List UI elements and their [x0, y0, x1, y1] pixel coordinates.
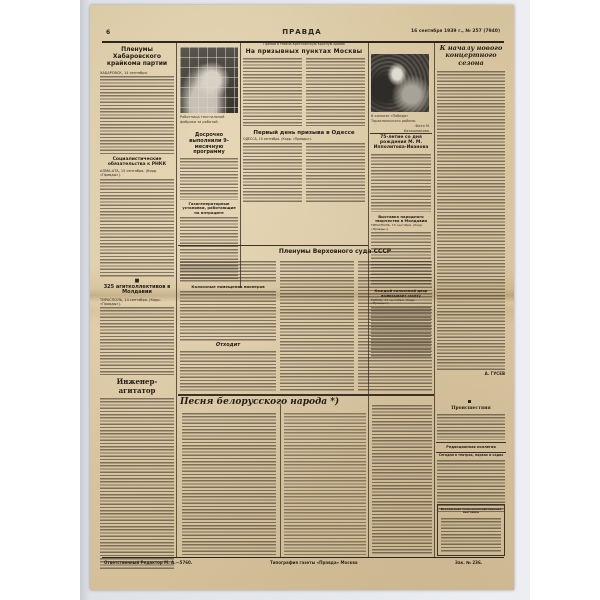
section-rule — [178, 245, 368, 246]
article-body — [437, 71, 505, 371]
article-body — [180, 158, 238, 200]
section-rule — [436, 442, 506, 443]
photo-caption: Работница текстильной фабрики за работой… — [180, 115, 238, 124]
article-body — [100, 76, 174, 154]
article-headline: Выставка народного творчества в Молдавии — [371, 215, 431, 224]
article-dateline: МИНСК, 14 сентября. (Корр. «Правды»). — [371, 299, 431, 306]
article-dateline: ТИРАСПОЛЬ, 15 сентября. (Корр. «Правды»)… — [371, 224, 431, 231]
article-body — [180, 261, 276, 283]
column-2: Досрочно выполнили 9-месячную программу … — [180, 133, 238, 279]
article-dateline: ТИРАСПОЛЬ, 14 сентября. (Корр. «Правды»)… — [100, 298, 174, 306]
photo-credit: Фото М. Калашникова. — [390, 124, 430, 133]
column-2-lower: Колхозные помещения пионеров Отходит — [180, 261, 276, 391]
article-body — [180, 351, 276, 391]
article-headline: Инженер-агитатор — [100, 378, 174, 394]
footer-rule — [102, 557, 504, 558]
advert-body — [441, 518, 501, 552]
poem-body — [182, 413, 276, 555]
article-dateline: ХАБАРОВСК, 14 сентября. — [100, 71, 174, 75]
article-headline: Газогенераторные установки, работающие н… — [180, 202, 238, 215]
exhibition-advert: Всесоюзная сельскохозяйственная выставка — [437, 504, 505, 556]
poem-body — [372, 405, 432, 555]
article-moscow: Призыв в Рабоче-Крестьянскую Красную Арм… — [243, 43, 365, 203]
masthead: 6 ПРАВДА 16 сентября 1939 г., № 257 (794… — [90, 27, 514, 39]
listings-heading: Сегодня в театрах, парках и садах — [437, 454, 505, 458]
column-divider — [434, 43, 435, 557]
article-body — [371, 307, 431, 357]
column-1: Пленумы Хабаровского крайкома партии ХАБ… — [100, 43, 174, 570]
article-headline: 325 агитколлективов в Молдавии — [100, 285, 174, 297]
article-dateline: ОДЕССА, 15 сентября. (Корр. «Правды»). — [243, 138, 365, 142]
newspaper-page: 6 ПРАВДА 16 сентября 1939 г., № 257 (794… — [90, 5, 514, 590]
article-headline: Социалистические обязательства к РНКК — [100, 157, 174, 167]
column-4: 75-летие со дня рождения М. М. Ипполитов… — [371, 135, 431, 357]
footer-editor: Ответственный Редактор М. А.—5760. — [104, 560, 192, 565]
article-kicker: Призыв в Рабоче-Крестьянскую Красную Арм… — [243, 43, 365, 47]
article-headline: Происшествия — [437, 406, 505, 411]
article-headline: 75-летие со дня рождения М. М. Ипполитов… — [371, 135, 431, 151]
article-body — [100, 307, 174, 375]
article-body — [280, 261, 354, 391]
article-headline: Каждый колхозный двор выписывает газету — [371, 289, 431, 297]
article-body — [371, 232, 431, 286]
article-body — [243, 58, 302, 126]
article-headline: На призывных пунктах Москвы — [243, 49, 365, 56]
article-body — [371, 154, 431, 212]
photo-garden — [371, 54, 429, 112]
article-body — [306, 143, 365, 203]
article-headline: К началу нового концертного сезона — [437, 45, 505, 67]
section-rule — [370, 133, 432, 134]
article-dateline: АЛМА-АТА, 15 сентября. (Корр. «Правды»). — [100, 169, 174, 177]
article-body — [100, 398, 174, 570]
poem-body — [284, 413, 366, 555]
separator-mark — [468, 400, 471, 403]
article-body — [437, 414, 505, 440]
advert-headline: Всесоюзная сельскохозяйственная выставка — [438, 508, 504, 515]
article-headline: Первый день призыва в Одессе — [243, 130, 365, 136]
column-6: К началу нового концертного сезона А. ГУ… — [437, 45, 505, 377]
article-signature: А. ГУСЕВ — [437, 372, 505, 377]
column-divider — [280, 404, 281, 557]
article-headline: Редакционная коллегия — [437, 445, 505, 449]
article-headline: Отходит — [180, 343, 276, 349]
article-headline: Колхозные помещения пионеров — [180, 285, 276, 289]
photo-worker — [180, 47, 238, 113]
article-headline: Досрочно выполнили 9-месячную программу — [180, 133, 238, 156]
poem-title: Песня белорусского народа *) — [180, 397, 370, 407]
section-rule — [178, 394, 434, 396]
separator-mark: ■ — [100, 278, 174, 284]
article-body — [306, 58, 365, 126]
article-body — [180, 291, 276, 341]
footer-order: Зак. № 236. — [455, 560, 482, 565]
footer-printer: Типография газеты «Правда» Москва — [270, 560, 358, 565]
issue-date: 16 сентября 1939 г., № 257 (7940) — [411, 29, 500, 34]
article-headline: Пленумы Хабаровского крайкома партии — [100, 47, 174, 68]
article-body — [100, 179, 174, 277]
article-body — [243, 143, 302, 203]
photo-caption: В колхозе «Победа» Тираспольского района… — [371, 114, 429, 123]
column-divider — [176, 43, 177, 557]
